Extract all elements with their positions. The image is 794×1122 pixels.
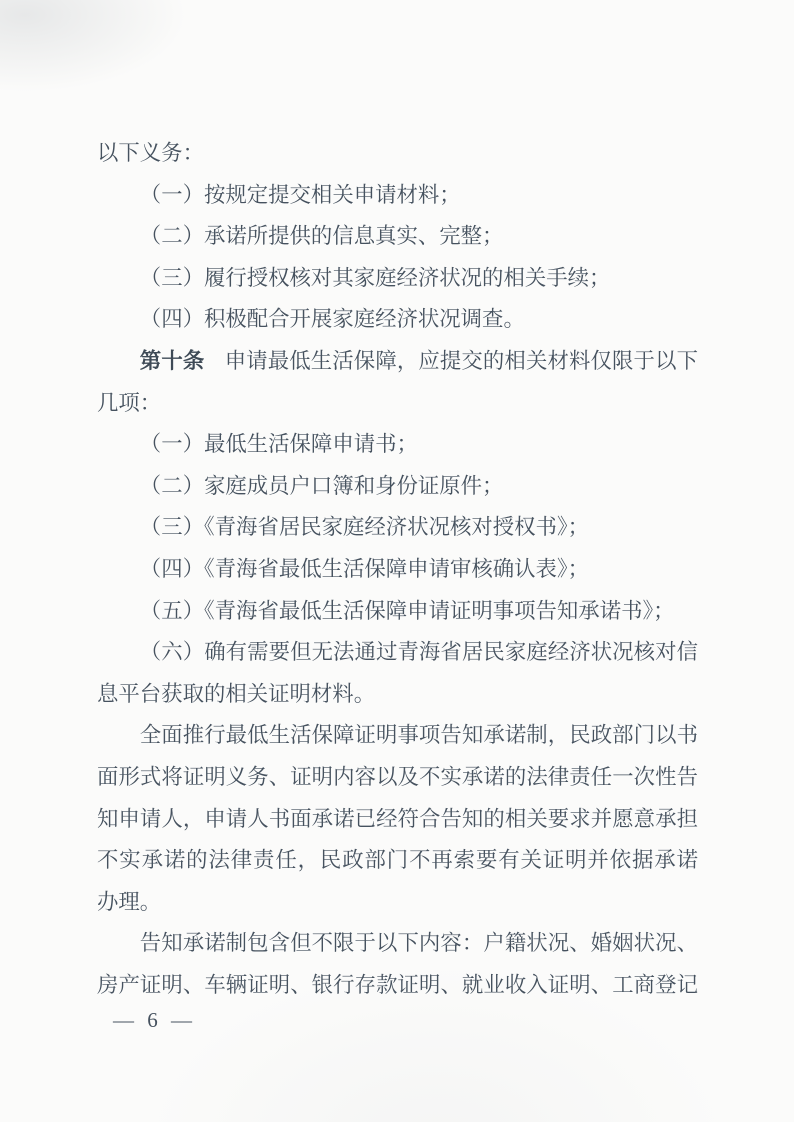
text-line: （一）按规定提交相关申请材料； bbox=[97, 175, 698, 217]
text-line: （三）履行授权核对其家庭经济状况的相关手续； bbox=[97, 258, 698, 300]
text-line: （一）最低生活保障申请书； bbox=[97, 424, 698, 466]
text-line: 办理。 bbox=[97, 882, 698, 924]
list-item: （五）《青海省最低生活保障申请证明事项告知承诺书》； bbox=[97, 591, 698, 633]
text-line: （五）《青海省最低生活保障申请证明事项告知承诺书》； bbox=[97, 591, 698, 633]
paragraph: 告知承诺制包含但不限于以下内容：户籍状况、婚姻状况、 房产证明、车辆证明、银行存… bbox=[97, 923, 698, 1006]
text-line: （二）家庭成员户口簿和身份证原件； bbox=[97, 466, 698, 508]
text-line: 知申请人，申请人书面承诺已经符合告知的相关要求并愿意承担 bbox=[97, 799, 698, 841]
document-page: 以下义务： （一）按规定提交相关申请材料； （二）承诺所提供的信息真实、完整； … bbox=[0, 0, 794, 1122]
text-line: 不实承诺的法律责任，民政部门不再索要有关证明并依据承诺 bbox=[97, 840, 698, 882]
text-line: 房产证明、车辆证明、银行存款证明、就业收入证明、工商登记 bbox=[97, 965, 698, 1007]
list-item: （三）履行授权核对其家庭经济状况的相关手续； bbox=[97, 258, 698, 300]
list-item: （二）承诺所提供的信息真实、完整； bbox=[97, 216, 698, 258]
paragraph: 全面推行最低生活保障证明事项告知承诺制，民政部门以书 面形式将证明义务、证明内容… bbox=[97, 715, 698, 923]
list-item: （六）确有需要但无法通过青海省居民家庭经济状况核对信 息平台获取的相关证明材料。 bbox=[97, 632, 698, 715]
list-item: （四）积极配合开展家庭经济状况调查。 bbox=[97, 299, 698, 341]
page-number: — 6 — bbox=[113, 1005, 192, 1035]
list-item: （一）最低生活保障申请书； bbox=[97, 424, 698, 466]
text-line: （四）《青海省最低生活保障申请审核确认表》； bbox=[97, 549, 698, 591]
text-line: 面形式将证明义务、证明内容以及不实承诺的法律责任一次性告 bbox=[97, 757, 698, 799]
text-line: （六）确有需要但无法通过青海省居民家庭经济状况核对信 bbox=[97, 632, 698, 674]
list-item: （三）《青海省居民家庭经济状况核对授权书》； bbox=[97, 507, 698, 549]
text-line: （四）积极配合开展家庭经济状况调查。 bbox=[97, 299, 698, 341]
text-line: 第十条申请最低生活保障，应提交的相关材料仅限于以下 bbox=[97, 341, 698, 383]
text-line: 以下义务： bbox=[97, 133, 698, 175]
list-item: （四）《青海省最低生活保障申请审核确认表》； bbox=[97, 549, 698, 591]
text-line: （三）《青海省居民家庭经济状况核对授权书》； bbox=[97, 507, 698, 549]
list-item: （二）家庭成员户口簿和身份证原件； bbox=[97, 466, 698, 508]
text-line: 告知承诺制包含但不限于以下内容：户籍状况、婚姻状况、 bbox=[97, 923, 698, 965]
text-line: 几项： bbox=[97, 383, 698, 425]
list-item: （一）按规定提交相关申请材料； bbox=[97, 175, 698, 217]
article-text: 申请最低生活保障，应提交的相关材料仅限于以下 bbox=[225, 349, 698, 373]
text-line: 息平台获取的相关证明材料。 bbox=[97, 674, 698, 716]
article-number-label: 第十条 bbox=[140, 349, 205, 373]
text-line: （二）承诺所提供的信息真实、完整； bbox=[97, 216, 698, 258]
text-line: 全面推行最低生活保障证明事项告知承诺制，民政部门以书 bbox=[97, 715, 698, 757]
article-paragraph: 第十条申请最低生活保障，应提交的相关材料仅限于以下 几项： bbox=[97, 341, 698, 424]
document-body: 以下义务： （一）按规定提交相关申请材料； （二）承诺所提供的信息真实、完整； … bbox=[97, 133, 698, 1006]
paragraph: 以下义务： bbox=[97, 133, 698, 175]
